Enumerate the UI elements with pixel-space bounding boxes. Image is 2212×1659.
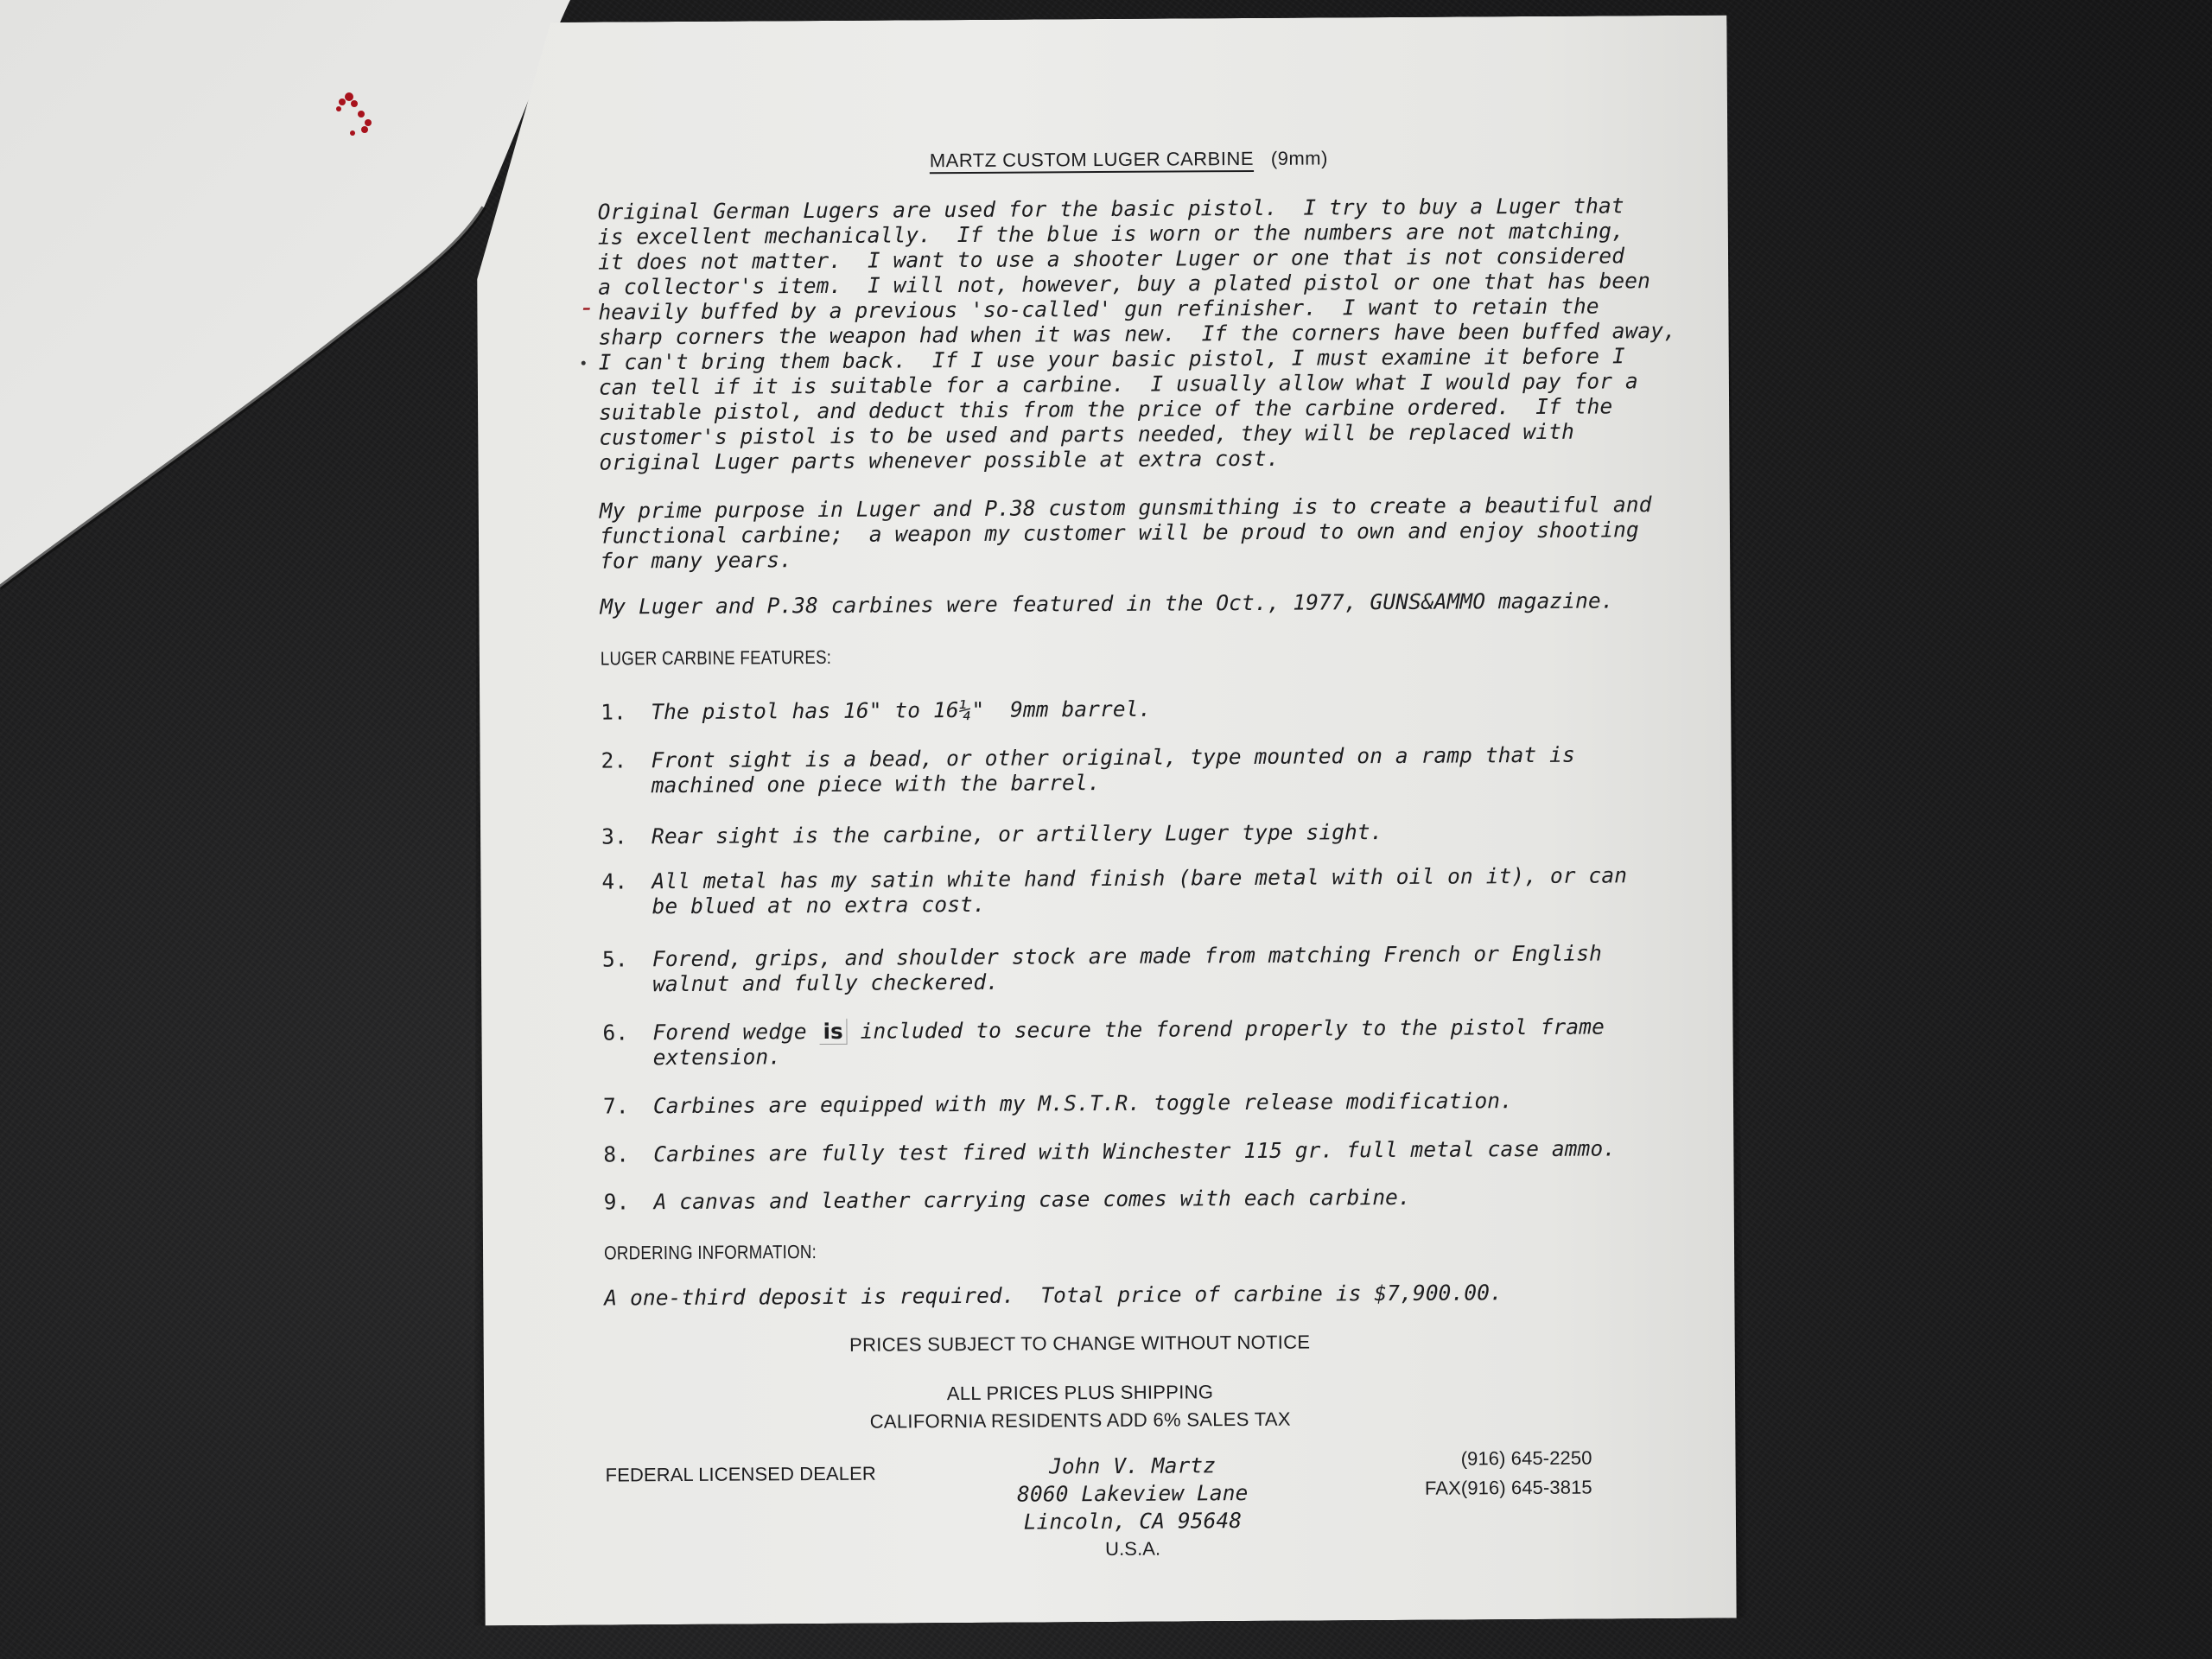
feature-item: 1. The pistol has 16" to 16¼" 9mm barrel… xyxy=(601,693,1637,699)
feature-number: 7. xyxy=(603,1093,629,1118)
feature-number: 4. xyxy=(601,868,627,893)
feature-text: The pistol has 16" to 16¼" 9mm barrel. xyxy=(651,696,1151,725)
purpose-line: for many years. xyxy=(600,542,1637,573)
title-text: MARTZ CUSTOM LUGER CARBINE xyxy=(930,148,1254,171)
dealer-country: U.S.A. xyxy=(986,1535,1280,1562)
feature-item: 6. Forend wedge is included to secure th… xyxy=(602,1014,1639,1020)
feature-text-post: included to secure the forend properly t… xyxy=(848,1014,1605,1043)
dealer-city: Lincoln, CA 95648 xyxy=(986,1508,1280,1535)
dealer-phone: (916) 645-2250 xyxy=(1365,1444,1592,1475)
dealer-label: FEDERAL LICENSED DEALER xyxy=(606,1461,876,1488)
feature-number: 2. xyxy=(601,747,626,772)
tax-notice: CALIFORNIA RESIDENTS ADD 6% SALES TAX xyxy=(605,1405,1555,1436)
document-title: MARTZ CUSTOM LUGER CARBINE (9mm) xyxy=(597,143,1660,175)
intro-line: original Luger parts whenever possible a… xyxy=(599,443,1636,474)
feature-item: 4. All metal has my satin white hand fin… xyxy=(601,862,1638,868)
feature-text-pre: Forend wedge xyxy=(652,1019,819,1045)
shipping-notice: ALL PRICES PLUS SHIPPING xyxy=(605,1377,1555,1408)
dealer-street: 8060 Lakeview Lane xyxy=(986,1480,1280,1507)
feature-number: 3. xyxy=(601,823,627,849)
feature-number: 9. xyxy=(604,1189,630,1214)
title-suffix: (9mm) xyxy=(1271,147,1328,168)
ordering-heading: ORDERING INFORMATION: xyxy=(604,1235,1485,1265)
feature-item: 2. Front sight is a bead, or other origi… xyxy=(601,741,1637,747)
red-margin-mark: ‑ xyxy=(579,296,594,321)
feature-text: All metal has my satin white hand finish… xyxy=(652,862,1627,893)
feature-number: 5. xyxy=(602,946,628,971)
feature-text: Front sight is a bead, or other original… xyxy=(651,742,1574,773)
margin-dot xyxy=(582,361,586,365)
feature-number: 1. xyxy=(601,699,626,724)
feature-item: 5. Forend, grips, and shoulder stock are… xyxy=(602,940,1639,946)
feature-text: A canvas and leather carrying case comes… xyxy=(654,1185,1411,1214)
feature-text: Forend, grips, and shoulder stock are ma… xyxy=(652,940,1602,971)
document-page: MARTZ CUSTOM LUGER CARBINE (9mm) Origina… xyxy=(475,16,1736,1626)
price-notice: PRICES SUBJECT TO CHANGE WITHOUT NOTICE xyxy=(605,1328,1555,1359)
feature-item: 7. Carbines are equipped with my M.S.T.R… xyxy=(603,1087,1640,1093)
ordering-text: A one-third deposit is required. Total p… xyxy=(604,1279,1641,1310)
feature-text: Rear sight is the carbine, or artillery … xyxy=(652,819,1383,849)
feature-item: 3. Rear sight is the carbine, or artille… xyxy=(601,817,1638,823)
feature-number: 6. xyxy=(602,1020,628,1045)
handwritten-correction: is xyxy=(819,1019,847,1045)
feature-text: extension. xyxy=(653,1044,782,1070)
feature-text: Forend wedge is included to secure the f… xyxy=(652,1014,1605,1046)
features-heading: LUGER CARBINE FEATURES: xyxy=(601,640,1482,671)
feature-number: 8. xyxy=(603,1141,629,1166)
feature-text: walnut and fully checkered. xyxy=(652,969,999,996)
feature-text: machined one piece with the barrel. xyxy=(652,770,1101,798)
feature-item: 9. A canvas and leather carrying case co… xyxy=(604,1183,1641,1189)
feature-text: be blued at no extra cost. xyxy=(652,892,986,918)
feature-text: Carbines are equipped with my M.S.T.R. t… xyxy=(653,1088,1513,1118)
feature-item: 8. Carbines are fully test fired with Wi… xyxy=(603,1135,1640,1141)
feature-text: Carbines are fully test fired with Winch… xyxy=(653,1135,1616,1166)
dealer-name: John V. Martz xyxy=(985,1452,1279,1479)
dealer-fax: FAX(916) 645-3815 xyxy=(1366,1473,1592,1504)
featured-line: My Luger and P.38 carbines were featured… xyxy=(600,588,1637,619)
